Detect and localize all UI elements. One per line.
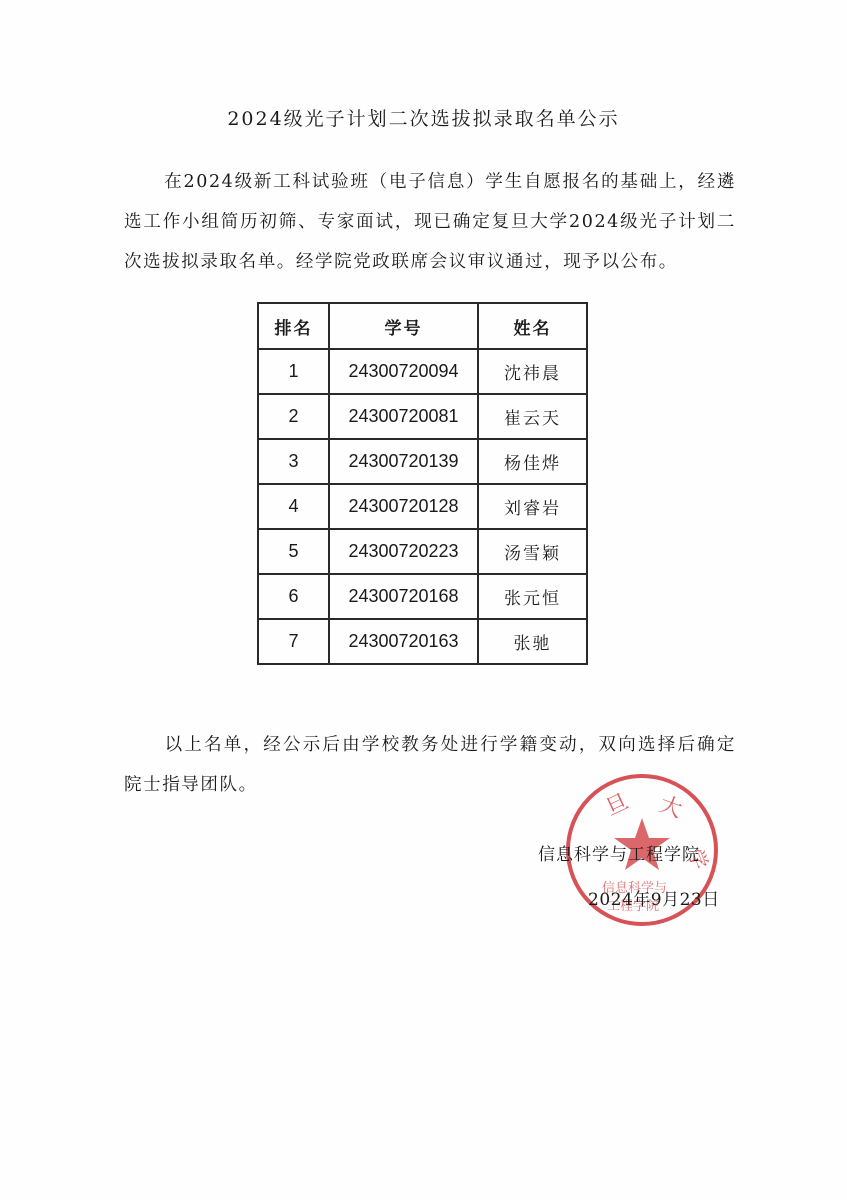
cell-name: 崔云天 (478, 394, 587, 439)
cell-name: 汤雪颖 (478, 529, 587, 574)
table-row: 1 24300720094 沈祎晨 (258, 349, 587, 394)
header-name: 姓名 (478, 303, 587, 349)
cell-name: 刘睿岩 (478, 484, 587, 529)
admission-table: 排名 学号 姓名 1 24300720094 沈祎晨 2 24300720081… (257, 302, 588, 665)
table-row: 6 24300720168 张元恒 (258, 574, 587, 619)
cell-rank: 6 (258, 574, 329, 619)
header-rank: 排名 (258, 303, 329, 349)
cell-student-id: 24300720094 (329, 349, 478, 394)
table-row: 2 24300720081 崔云天 (258, 394, 587, 439)
cell-student-id: 24300720128 (329, 484, 478, 529)
cell-rank: 3 (258, 439, 329, 484)
cell-student-id: 24300720223 (329, 529, 478, 574)
svg-text:旦: 旦 (602, 789, 633, 821)
svg-text:大: 大 (656, 792, 685, 823)
cell-student-id: 24300720081 (329, 394, 478, 439)
cell-rank: 5 (258, 529, 329, 574)
cell-name: 杨佳烨 (478, 439, 587, 484)
cell-rank: 7 (258, 619, 329, 664)
cell-student-id: 24300720168 (329, 574, 478, 619)
table-row: 4 24300720128 刘睿岩 (258, 484, 587, 529)
table-row: 7 24300720163 张驰 (258, 619, 587, 664)
cell-name: 张驰 (478, 619, 587, 664)
cell-rank: 4 (258, 484, 329, 529)
cell-rank: 2 (258, 394, 329, 439)
cell-name: 沈祎晨 (478, 349, 587, 394)
cell-name: 张元恒 (478, 574, 587, 619)
table-header-row: 排名 学号 姓名 (258, 303, 587, 349)
table-row: 5 24300720223 汤雪颖 (258, 529, 587, 574)
document-title: 2024级光子计划二次选拔拟录取名单公示 (0, 104, 847, 131)
cell-rank: 1 (258, 349, 329, 394)
intro-paragraph: 在2024级新工科试验班（电子信息）学生自愿报名的基础上，经遴选工作小组简历初筛… (124, 162, 736, 282)
intro-text: 在2024级新工科试验班（电子信息）学生自愿报名的基础上，经遴选工作小组简历初筛… (124, 172, 736, 272)
table-row: 3 24300720139 杨佳烨 (258, 439, 587, 484)
document-page: 2024级光子计划二次选拔拟录取名单公示 在2024级新工科试验班（电子信息）学… (0, 0, 847, 1200)
cell-student-id: 24300720163 (329, 619, 478, 664)
issuer-signature: 信息科学与工程学院 (538, 840, 700, 865)
issue-date: 2024年9月23日 (588, 885, 720, 910)
header-student-id: 学号 (329, 303, 478, 349)
cell-student-id: 24300720139 (329, 439, 478, 484)
